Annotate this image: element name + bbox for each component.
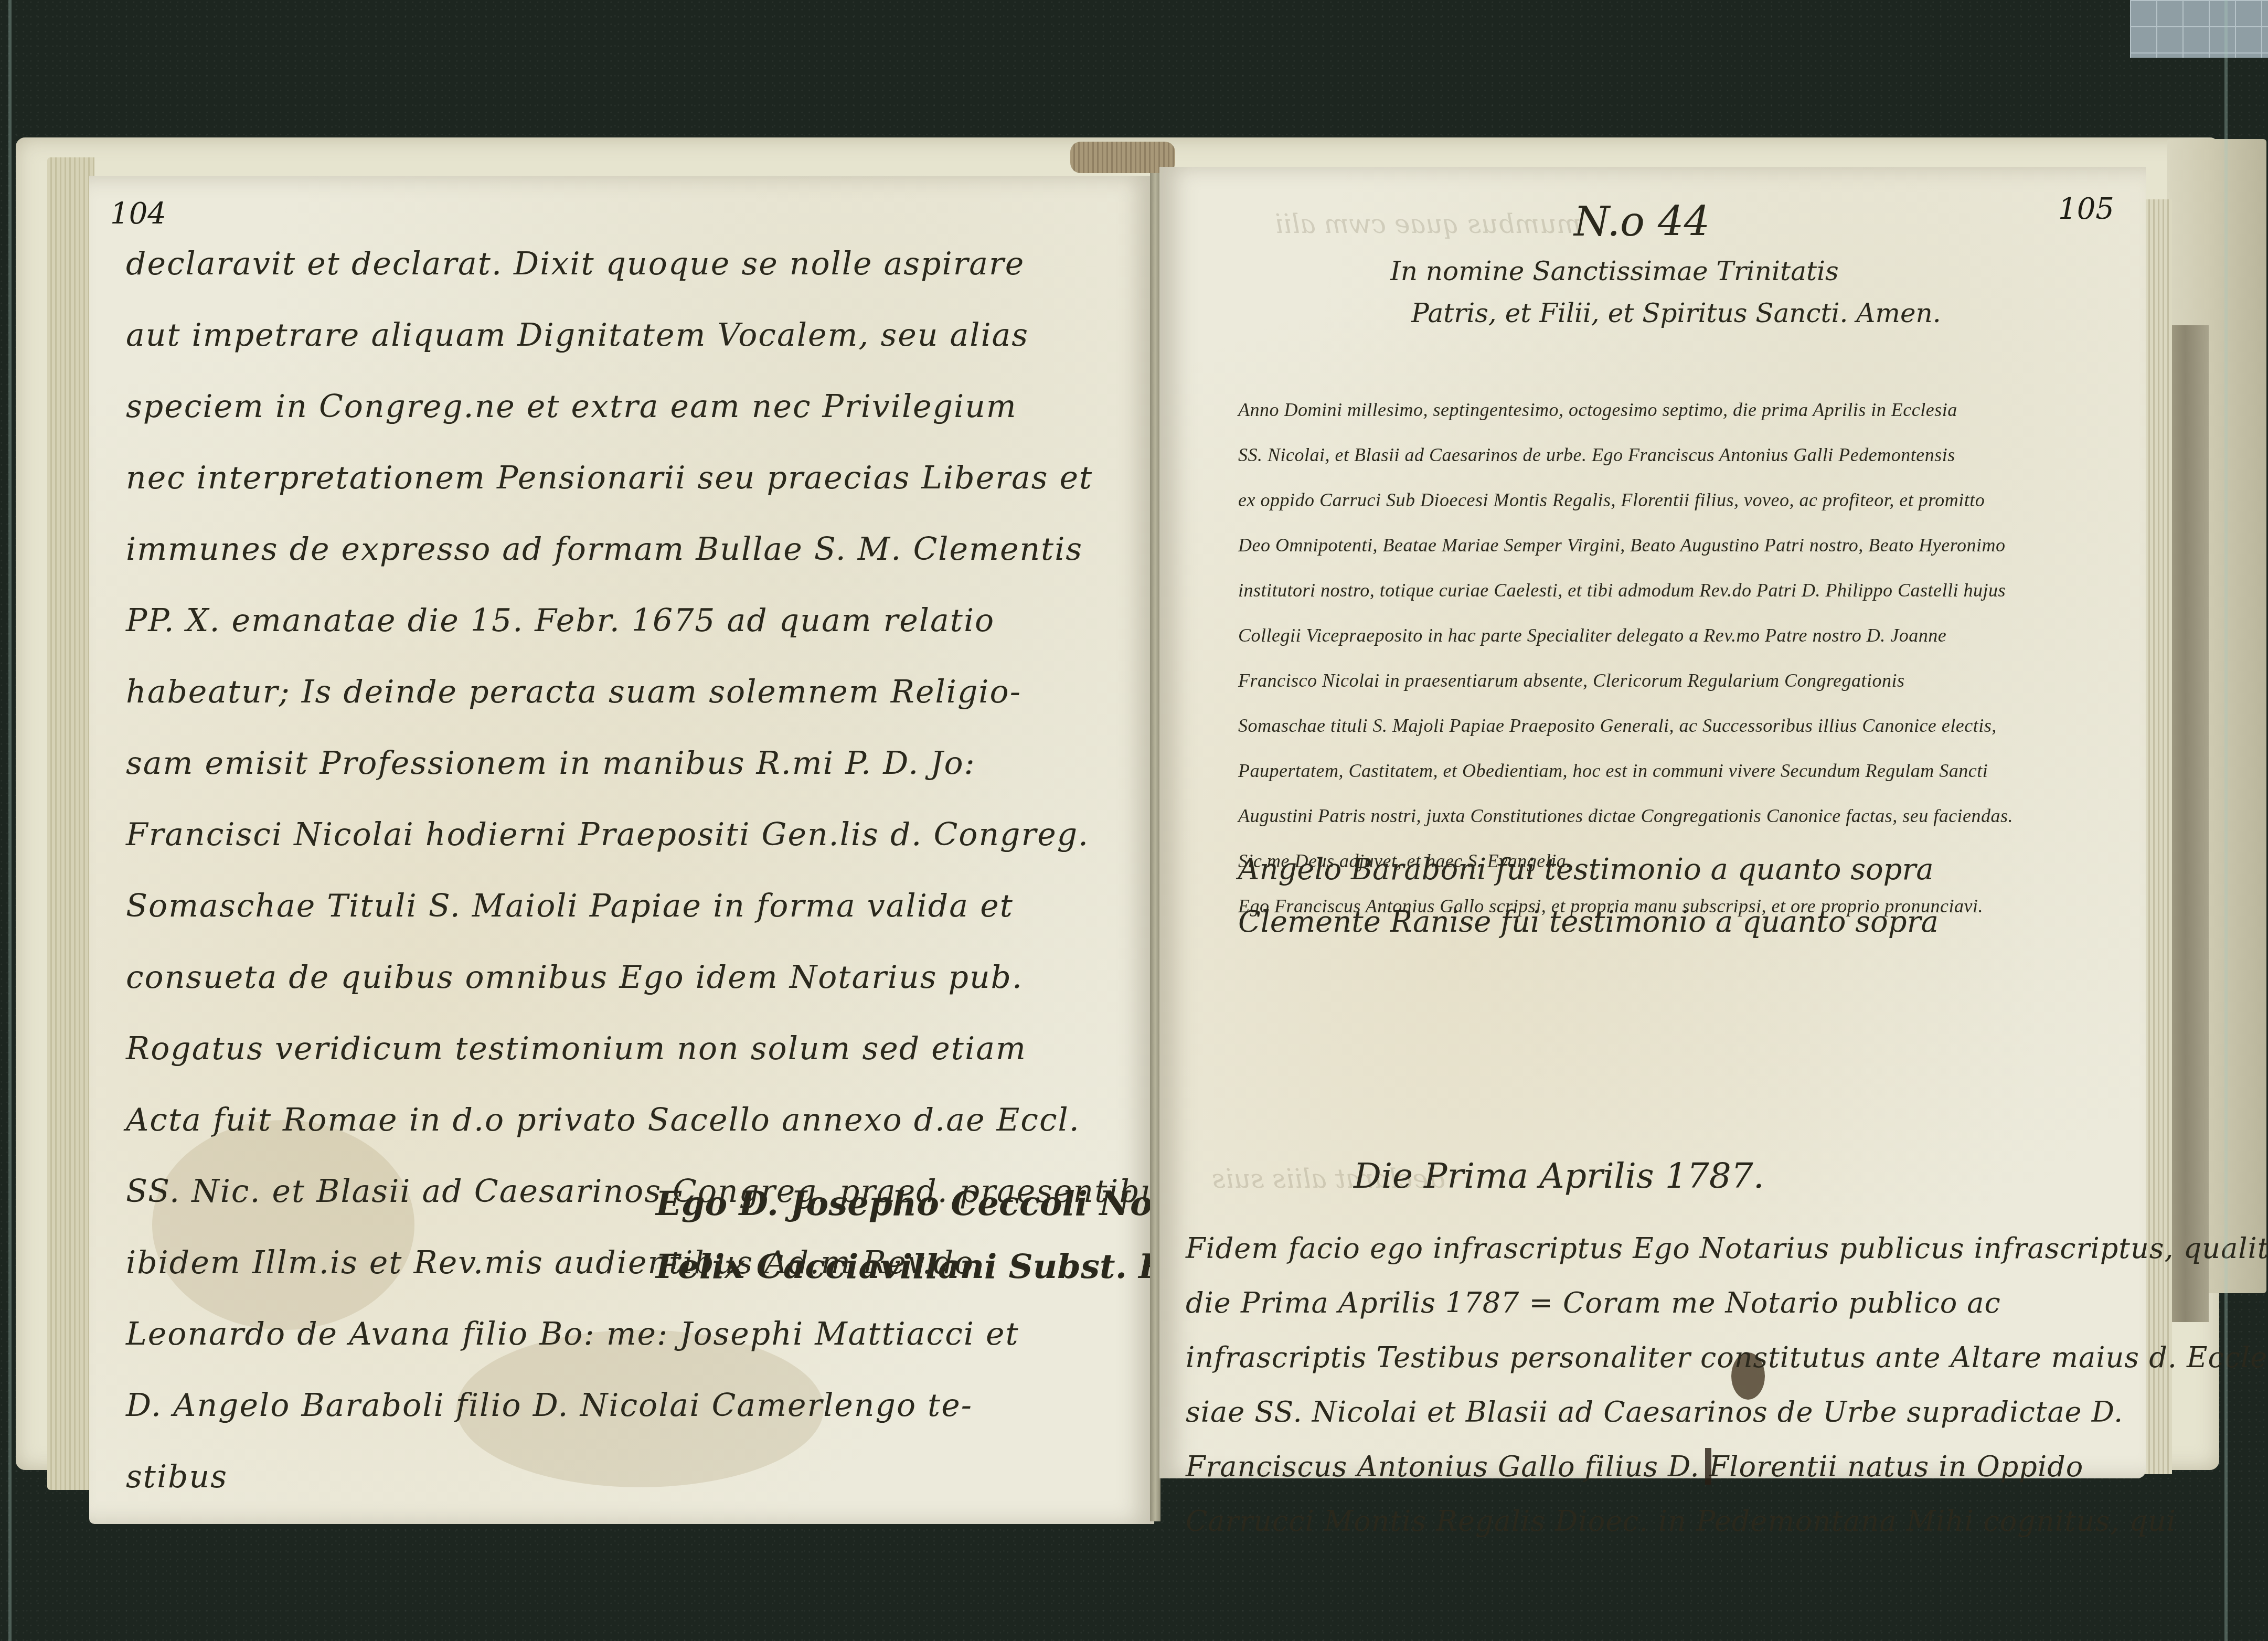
text-line: Francisco Nicolai in praesentiarum absen… — [1238, 658, 2013, 703]
text-line: aut impetrare aliquam Dignitatem Vocalem… — [126, 300, 1179, 371]
folio-number: 105 — [2058, 192, 2114, 226]
text-line: institutori nostro, totique curiae Caele… — [1238, 568, 2013, 613]
text-line: SS. Nicolai, et Blasii ad Caesarinos de … — [1238, 432, 2013, 477]
text-line: ex oppido Carruci Sub Dioecesi Montis Re… — [1238, 477, 2013, 523]
glass-plate-edge-right — [2224, 0, 2228, 1641]
text-line: Anno Domini millesimo, septingentesimo, … — [1238, 387, 2013, 432]
text-line: Leonardo de Avana filio Bo: me: Josephi … — [126, 1298, 1179, 1370]
text-line: sam emisit Professionem in manibus R.mi … — [126, 728, 1179, 799]
text-line: stibus — [126, 1441, 1179, 1512]
text-line: consueta de quibus omnibus Ego idem Nota… — [126, 942, 1179, 1013]
notary-attestation: Fidem facio ego infrascriptus Ego Notari… — [1186, 1221, 2268, 1549]
witness-line: Clemente Ranise fui testimonio a quanto … — [1238, 896, 1939, 949]
text-line: speciem in Congreg.ne et extra eam nec P… — [126, 371, 1179, 442]
text-line: Augustini Patris nostri, juxta Constitut… — [1238, 793, 2013, 838]
text-line: Somaschae Tituli S. Maioli Papiae in for… — [126, 870, 1179, 942]
show-through-text: mumbus quae cwm alii — [1275, 209, 1581, 239]
text-line: D. Angelo Baraboli filio D. Nicolai Came… — [126, 1370, 1179, 1441]
text-line: die Prima Aprilis 1787 = Coram me Notari… — [1186, 1276, 2268, 1330]
book-gutter — [1150, 173, 1160, 1521]
witness-line: Angelo Baraboni fui testimonio a quanto … — [1238, 844, 1939, 896]
text-line: Carrucci Montis Regalis Dioec. in Pedemo… — [1186, 1494, 2268, 1549]
text-line: habeatur; Is deinde peracta suam solemne… — [126, 656, 1179, 728]
invocation-line: Patris, et Filii, et Spiritus Sancti. Am… — [1411, 298, 1941, 328]
text-line: infrascriptis Testibus personaliter cons… — [1186, 1330, 2268, 1385]
text-line: Fidem facio ego infrascriptus Ego Notari… — [1186, 1221, 2268, 1276]
folio-number: 104 — [110, 197, 166, 231]
text-line: Paupertatem, Castitatem, et Obedientiam,… — [1238, 748, 2013, 793]
notary-date-heading: Die Prima Aprilis 1787. — [1354, 1156, 1764, 1196]
text-line: immunes de expresso ad formam Bullae S. … — [126, 514, 1179, 585]
text-line: Franciscus Antonius Gallo filius D. Flor… — [1186, 1440, 2268, 1494]
text-line: Deo Omnipotenti, Beatae Mariae Semper Vi… — [1238, 523, 2013, 568]
notary-signatures: Ego D. Josepho Ceccoli Not.o Felix Cacci… — [656, 1173, 1224, 1298]
document-number: N.o 44 — [1574, 198, 1710, 246]
color-scale-grid — [2130, 0, 2268, 58]
glass-plate-edge-left — [8, 0, 12, 1641]
text-line: siae SS. Nicolai et Blasii ad Caesarinos… — [1186, 1385, 2268, 1440]
invocation-line: In nomine Sanctissimae Trinitatis — [1390, 256, 1839, 286]
witness-signatures: Angelo Baraboni fui testimonio a quanto … — [1238, 844, 1939, 949]
text-line: Acta fuit Romae in d.o privato Sacello a… — [126, 1084, 1179, 1156]
right-page: mumbus quae cwm alii declarat aliis suis… — [1159, 167, 2146, 1478]
text-line: PP. X. emanatae die 15. Febr. 1675 ad qu… — [126, 585, 1179, 656]
page-stack-edge-left — [47, 157, 94, 1490]
text-line: nec interpretationem Pensionarii seu pra… — [126, 442, 1179, 514]
left-page: 104 declaravit et declarat. Dixit quoque… — [89, 176, 1154, 1524]
text-line: Francisci Nicolai hodierni Praepositi Ge… — [126, 799, 1179, 870]
text-line: declaravit et declarat. Dixit quoque se … — [126, 228, 1179, 300]
text-line: Collegii Vicepraeposito in hac parte Spe… — [1238, 613, 2013, 658]
text-line: Somaschae tituli S. Majoli Papiae Praepo… — [1238, 703, 2013, 748]
text-line: Rogatus veridicum testimonium non solum … — [126, 1013, 1179, 1084]
signature: Felix Cacciavillani Subst. Rog. — [656, 1235, 1224, 1298]
ink-drip — [1705, 1448, 1711, 1485]
signature: Ego D. Josepho Ceccoli Not.o — [656, 1173, 1224, 1235]
left-page-text: declaravit et declarat. Dixit quoque se … — [126, 228, 1179, 1512]
